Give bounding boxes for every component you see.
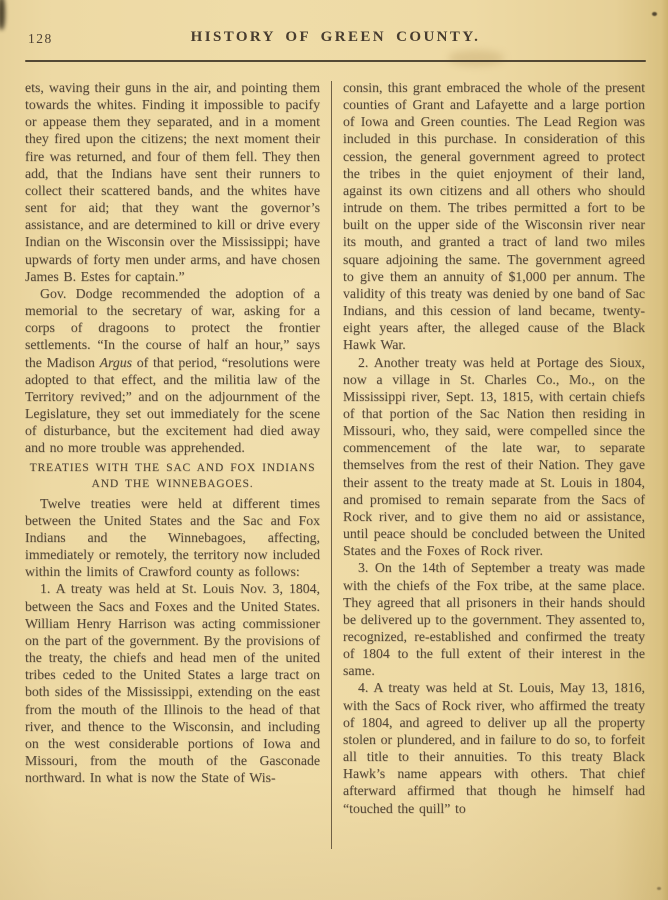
paper-stain-artifact: [448, 50, 504, 66]
ink-dot-artifact: [657, 887, 661, 890]
section-heading-treaties: TREATIES WITH THE SAC AND FOX INDIANS AN…: [25, 460, 320, 491]
scan-smudge-artifact: [0, 0, 5, 30]
page-content: ets, waving their guns in the air, and p…: [25, 79, 646, 849]
paragraph-gov-dodge: Gov. Dodge recommended the adoption of a…: [25, 285, 320, 457]
left-column: ets, waving their guns in the air, and p…: [25, 79, 331, 786]
paragraph-treaty-2: 2. Another treaty was held at Portage de…: [343, 354, 645, 560]
paragraph-continuation: consin, this grant embraced the whole of…: [343, 79, 645, 354]
header-rule: [25, 60, 646, 62]
paragraph-treaty-4: 4. A treaty was held at St. Louis, May 1…: [343, 679, 645, 816]
paragraph-twelve-treaties: Twelve treaties were held at different t…: [25, 495, 320, 581]
scanned-book-page: 128 HISTORY OF GREEN COUNTY. ets, waving…: [0, 0, 668, 900]
running-head-title: HISTORY OF GREEN COUNTY.: [25, 29, 646, 46]
paragraph-continuation: ets, waving their guns in the air, and p…: [25, 79, 320, 285]
paragraph-treaty-3: 3. On the 14th of September a treaty was…: [343, 559, 645, 679]
ink-dot-artifact: [652, 12, 657, 16]
right-column: consin, this grant embraced the whole of…: [332, 79, 645, 817]
paragraph-treaty-1: 1. A treaty was held at St. Louis Nov. 3…: [25, 580, 320, 786]
italic-publication-name: Argus: [100, 355, 132, 370]
